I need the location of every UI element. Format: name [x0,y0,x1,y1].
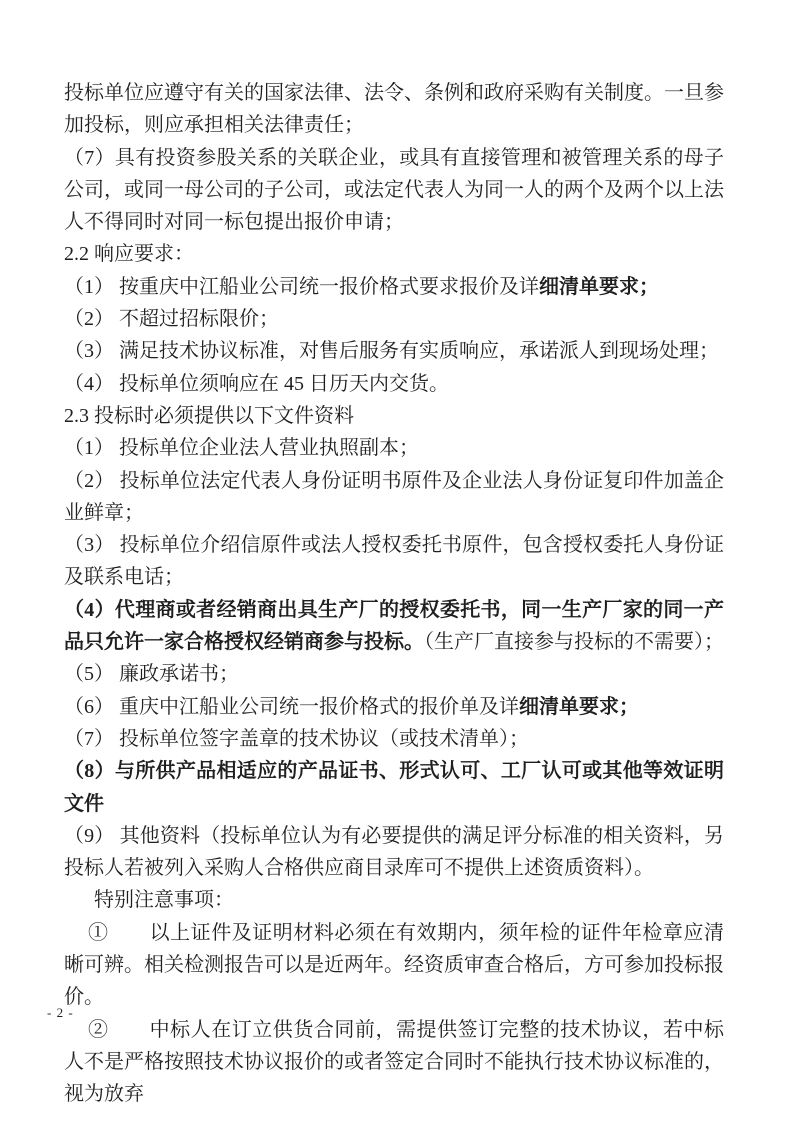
text-run: 投标单位应遵守有关的国家法律、法令、条例和政府采购有关制度。一旦参加投标，则应承… [64,82,724,136]
text-run: （7） 投标单位签字盖章的技术协议（或技术清单）； [64,728,529,750]
text-run: 特别注意事项： [94,889,234,911]
paragraph: （1） 投标单位企业法人营业执照副本； [64,432,724,464]
paragraph: （4）代理商或者经销商出具生产厂的授权委托书，同一生产厂家的同一产品只允许一家合… [64,594,724,659]
paragraph: 2.2 响应要求： [64,238,724,270]
text-run: （2） 投标单位法定代表人身份证明书原件及企业法人身份证复印件加盖企业鲜章； [64,470,724,524]
paragraph: （5） 廉政承诺书； [64,658,724,690]
bold-text-run: （8）与所供产品相适应的产品证书、形式认可、工厂认可或其他等效证明文件 [64,760,724,814]
paragraph: （7）具有投资参股关系的关联企业，或具有直接管理和被管理关系的母子公司，或同一母… [64,142,724,239]
paragraph: （1） 按重庆中江船业公司统一报价格式要求报价及详细清单要求； [64,271,724,303]
text-run: ① 以上证件及证明材料必须在有效期内，须年检的证件年检章应清晰可辨。相关检测报告… [64,922,724,1009]
paragraph: （2） 投标单位法定代表人身份证明书原件及企业法人身份证复印件加盖企业鲜章； [64,465,724,530]
text-run: ② 中标人在订立供货合同前，需提供签订完整的技术协议，若中标人不是严格按照技术协… [64,1019,724,1106]
paragraph: （7） 投标单位签字盖章的技术协议（或技术清单）； [64,723,724,755]
paragraph: ① 以上证件及证明材料必须在有效期内，须年检的证件年检章应清晰可辨。相关检测报告… [64,917,724,1014]
text-run: （3） 投标单位介绍信原件或法人授权委托书原件，包含授权委托人身份证及联系电话； [64,534,724,588]
text-run: （2） 不超过招标限价； [64,308,279,330]
paragraph: ② 中标人在订立供货合同前，需提供签订完整的技术协议，若中标人不是严格按照技术协… [64,1014,724,1111]
text-run: （1） 按重庆中江船业公司统一报价格式要求报价及详 [64,276,539,298]
paragraph: 2.3 投标时必须提供以下文件资料 [64,400,724,432]
paragraph: （2） 不超过招标限价； [64,303,724,335]
paragraph: 投标单位应遵守有关的国家法律、法令、条例和政府采购有关制度。一旦参加投标，则应承… [64,77,724,142]
paragraph: （3） 投标单位介绍信原件或法人授权委托书原件，包含授权委托人身份证及联系电话； [64,529,724,594]
text-run: （1） 投标单位企业法人营业执照副本； [64,437,419,459]
bold-text-run: 细清单要求； [539,276,659,298]
paragraph: 特别注意事项： [64,884,724,916]
paragraph: （8）与所供产品相适应的产品证书、形式认可、工厂认可或其他等效证明文件 [64,755,724,820]
text-run: 2.3 投标时必须提供以下文件资料 [64,405,354,427]
bold-text-run: 细清单要求； [519,696,639,718]
paragraph: （4） 投标单位须响应在 45 日历天内交货。 [64,368,724,400]
paragraph: （3） 满足技术协议标准，对售后服务有实质响应，承诺派人到现场处理； [64,335,724,367]
page-number: - 2 - [47,1004,74,1022]
paragraph: （9） 其他资料（投标单位认为有必要提供的满足评分标准的相关资料，另投标人若被列… [64,820,724,885]
text-run: （5） 廉政承诺书； [64,663,239,685]
text-run: 2.2 响应要求： [64,243,194,265]
text-run: （9） 其他资料（投标单位认为有必要提供的满足评分标准的相关资料，另投标人若被列… [64,825,724,879]
text-run: （3） 满足技术协议标准，对售后服务有实质响应，承诺派人到现场处理； [64,340,719,362]
document-body: 投标单位应遵守有关的国家法律、法令、条例和政府采购有关制度。一旦参加投标，则应承… [64,77,724,1111]
text-run: （4） 投标单位须响应在 45 日历天内交货。 [64,373,449,395]
document-page: 投标单位应遵守有关的国家法律、法令、条例和政府采购有关制度。一旦参加投标，则应承… [0,0,793,1122]
text-run: （生产厂直接参与投标的不需要）； [424,631,724,653]
text-run: （7）具有投资参股关系的关联企业，或具有直接管理和被管理关系的母子公司，或同一母… [64,147,724,234]
paragraph: （6） 重庆中江船业公司统一报价格式的报价单及详细清单要求； [64,691,724,723]
text-run: （6） 重庆中江船业公司统一报价格式的报价单及详 [64,696,519,718]
